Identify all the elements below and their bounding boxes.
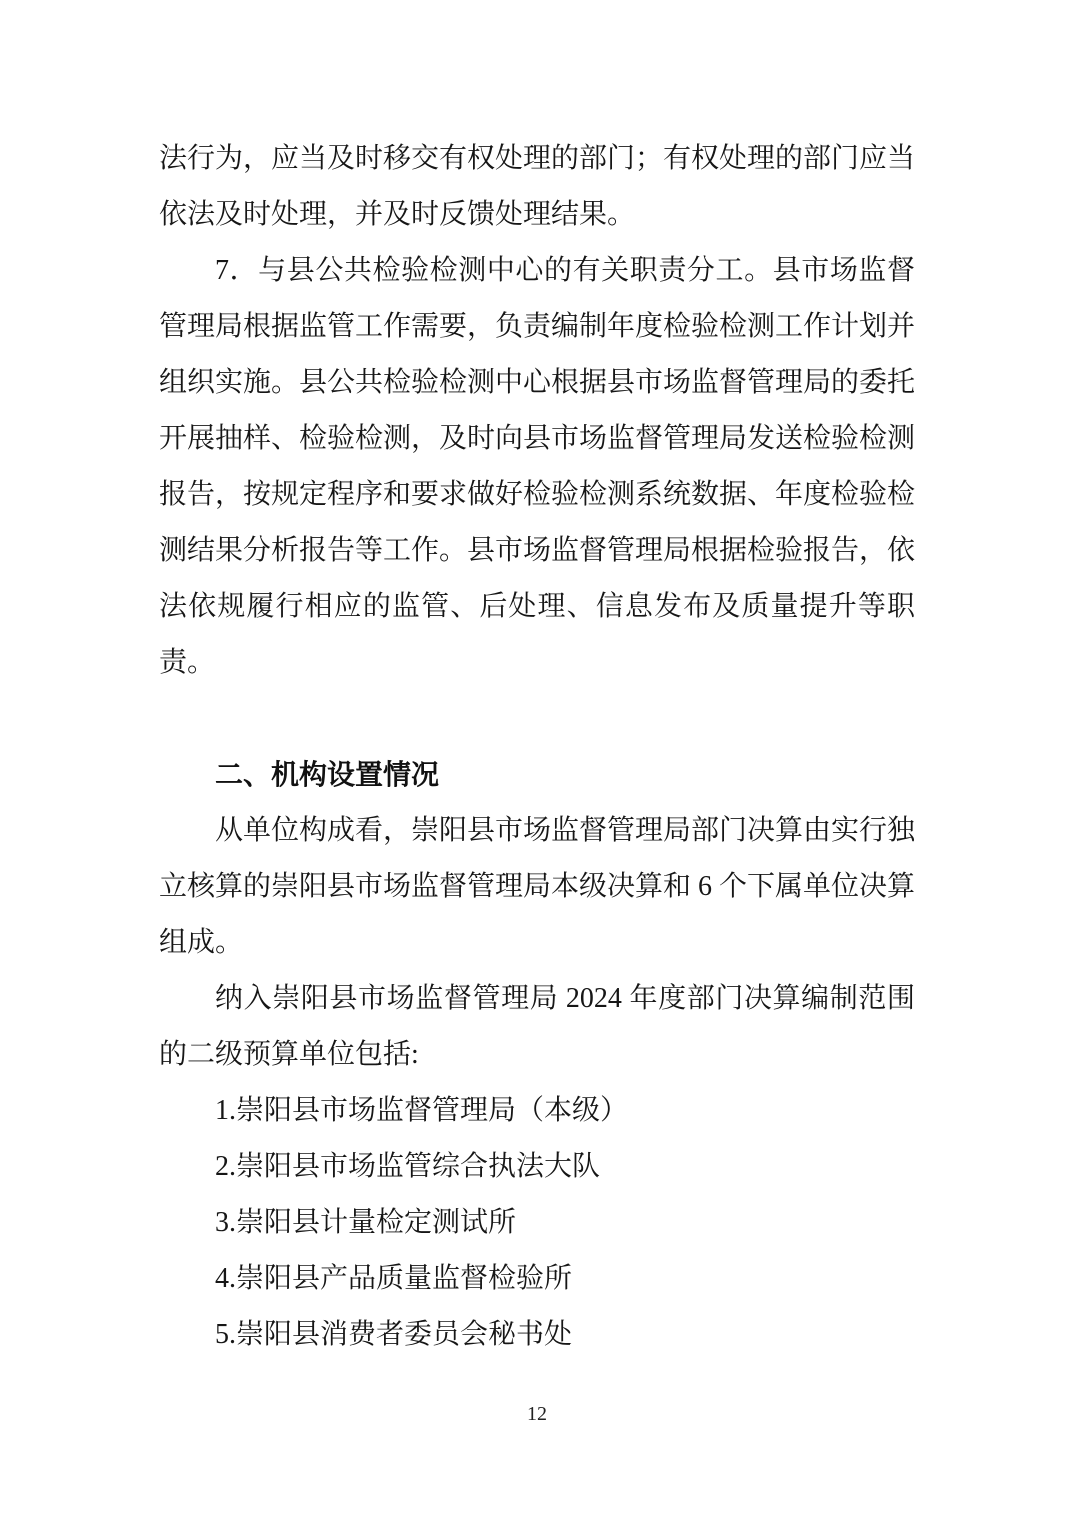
budget-unit-item-3: 3.崇阳县计量检定测试所	[159, 1195, 915, 1251]
section-heading-organization-setup: 二、机构设置情况	[159, 747, 915, 803]
page-number: 12	[0, 1400, 1074, 1428]
budget-unit-item-4: 4.崇阳县产品质量监督检验所	[159, 1251, 915, 1307]
paragraph-continuation: 法行为，应当及时移交有权处理的部门；有权处理的部门应当依法及时处理，并及时反馈处…	[159, 131, 915, 243]
budget-unit-item-5: 5.崇阳县消费者委员会秘书处	[159, 1307, 915, 1363]
budget-unit-item-2: 2.崇阳县市场监管综合执法大队	[159, 1139, 915, 1195]
document-body: 法行为，应当及时移交有权处理的部门；有权处理的部门应当依法及时处理，并及时反馈处…	[159, 0, 915, 1363]
budget-unit-list: 1.崇阳县市场监督管理局（本级） 2.崇阳县市场监管综合执法大队 3.崇阳县计量…	[159, 1083, 915, 1363]
budget-unit-item-1: 1.崇阳县市场监督管理局（本级）	[159, 1083, 915, 1139]
paragraph-duty-division: 7．与县公共检验检测中心的有关职责分工。县市场监督管理局根据监管工作需要，负责编…	[159, 243, 915, 691]
document-page: 法行为，应当及时移交有权处理的部门；有权处理的部门应当依法及时处理，并及时反馈处…	[0, 0, 1074, 1520]
paragraph-budget-scope: 纳入崇阳县市场监督管理局 2024 年度部门决算编制范围的二级预算单位包括:	[159, 971, 915, 1083]
paragraph-unit-composition: 从单位构成看，崇阳县市场监督管理局部门决算由实行独立核算的崇阳县市场监督管理局本…	[159, 803, 915, 971]
